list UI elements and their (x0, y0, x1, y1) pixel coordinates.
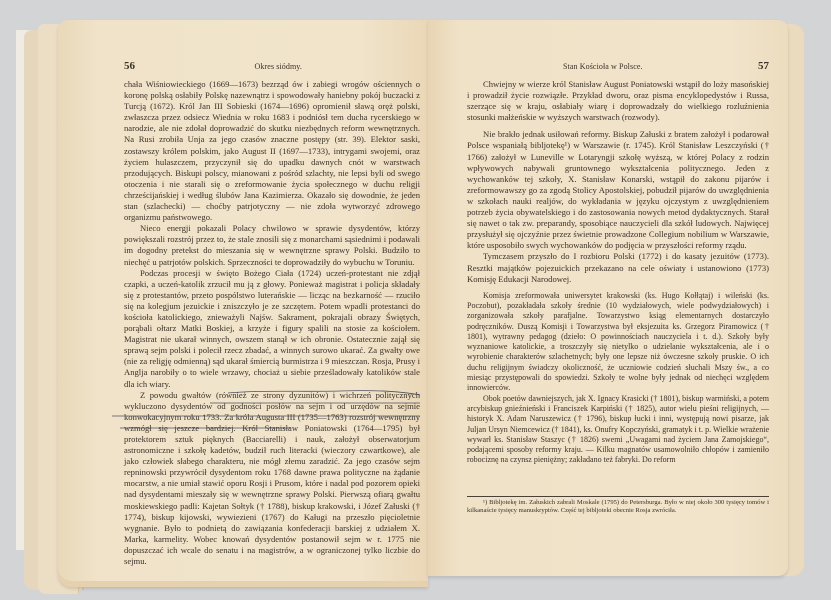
right-page-header: Stan Kościoła w Polsce. 57 (467, 60, 769, 72)
left-page-header: 56 Okres siódmy. (124, 60, 420, 72)
paragraph: Podczas procesji w święto Bożego Ciała (… (124, 268, 420, 390)
footnote-divider (467, 496, 769, 497)
paragraph: Chwiejny w wierze król Stanisław August … (467, 79, 769, 123)
footnote: ¹) Bibljotekę im. Załuskich zabrali Mosk… (467, 499, 769, 515)
page-number-right: 57 (758, 60, 769, 72)
paragraph: Z powodu gwałtów (również ze strony dyzu… (124, 390, 420, 568)
running-title-left: Okres siódmy. (255, 62, 302, 71)
paragraph: Komisja zreformowała uniwersytet krakows… (467, 291, 769, 394)
paragraph: Obok poetów dawniejszych, jak X. Ignacy … (467, 394, 769, 466)
paragraph: Nieco energji pokazali Polacy chwilowo w… (124, 223, 420, 267)
paragraph: chała Wiśniowieckiego (1669—1673) bezrzą… (124, 79, 420, 223)
page-number-left: 56 (124, 60, 135, 72)
paragraph: Nie brakło jednak usiłowań reformy. Bisk… (467, 129, 769, 251)
running-title-right: Stan Kościoła w Polsce. (563, 62, 643, 71)
footnote-text: ¹) Bibljotekę im. Załuskich zabrali Mosk… (467, 499, 769, 515)
paragraph: Tymczasem przyszło do I rozbioru Polski … (467, 251, 769, 284)
right-page-body: Chwiejny w wierze król Stanisław August … (467, 79, 769, 466)
left-page-body: chała Wiśniowieckiego (1669—1673) bezrzą… (124, 79, 420, 567)
